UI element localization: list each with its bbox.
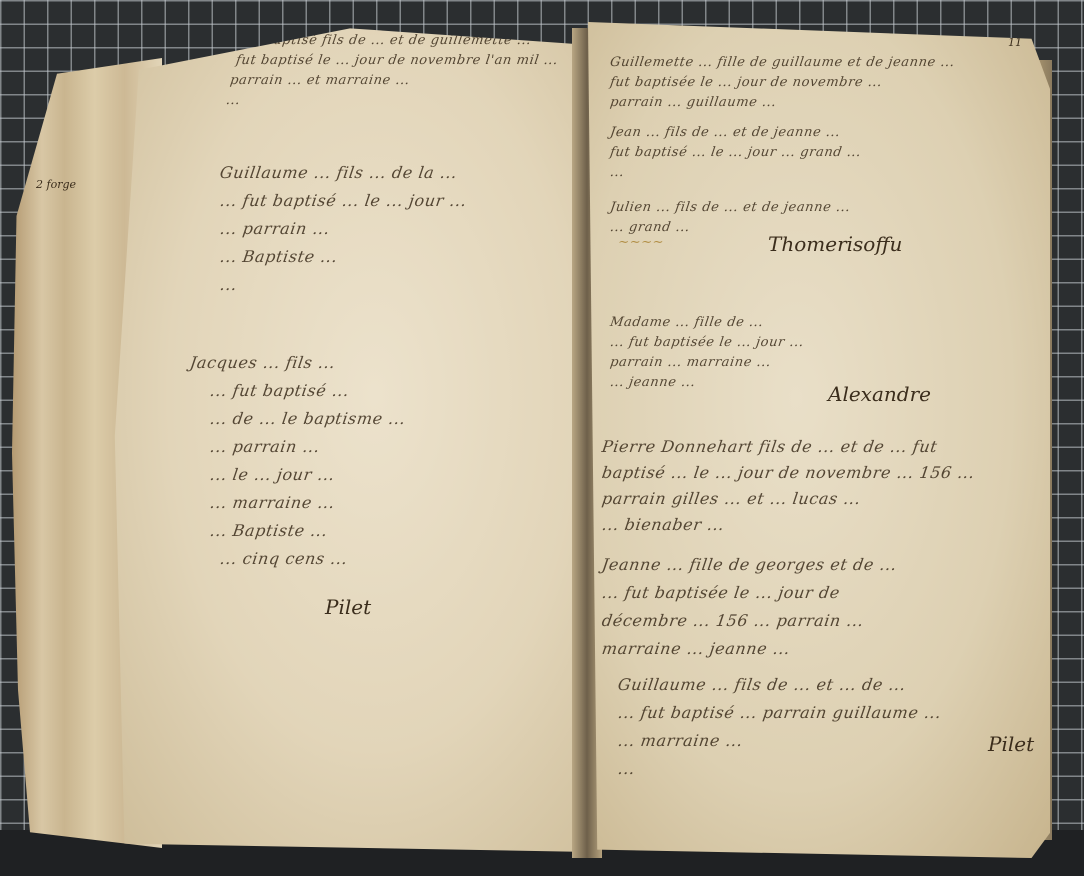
- entry-line: fut baptisé le ... jour de novembre l'an…: [234, 50, 559, 72]
- entry-line: Guillaume ... fils ... de la ...: [218, 160, 459, 186]
- entry-line: parrain ... marraine ...: [608, 352, 772, 374]
- entry-line: ... fut baptisé ...: [208, 378, 351, 404]
- entry-line: ... parrain ...: [208, 434, 321, 460]
- entry-line: Guillaume ... fils de ... et ... de ...: [616, 672, 907, 698]
- entry-line: ... cinq cens ...: [218, 546, 349, 572]
- entry-line: ... bienaber ...: [600, 512, 726, 538]
- entry-line: ... fut baptisée le ... jour ...: [608, 332, 805, 354]
- entry-line: ...: [616, 756, 637, 782]
- entry-line: Jeanne ... fille de georges et de ...: [600, 552, 898, 578]
- signature: Thomerisoffu: [768, 232, 902, 256]
- signature: Pilet: [988, 732, 1034, 756]
- entry-line: ...: [224, 90, 241, 112]
- entry-line: baptisé ... le ... jour de novembre ... …: [600, 460, 976, 486]
- entry-line: ... fut baptisée le ... jour de: [600, 580, 842, 606]
- entry-line: ... de ... le baptisme ...: [208, 406, 407, 432]
- entry-line: ... Baptiste ...: [208, 518, 329, 544]
- entry-line: marraine ... jeanne ...: [600, 636, 792, 662]
- entry-line: Guillemette ... fille de guillaume et de…: [608, 52, 956, 74]
- entry-line: ... marraine ...: [208, 490, 336, 516]
- entry-line: Jean ... fils de ... et de jeanne ...: [608, 122, 841, 144]
- entry-line: ...: [608, 162, 625, 184]
- entry-line: Jacques ... fils ...: [188, 350, 337, 376]
- entry-line: ... Baptiste ...: [218, 244, 339, 270]
- entry-line: Madame ... fille de ...: [608, 312, 764, 334]
- entry-line: décembre ... 156 ... parrain ...: [600, 608, 865, 634]
- entry-line: fut baptisé fils de ... et de guillemett…: [238, 30, 532, 52]
- entry-line: parrain gilles ... et ... lucas ...: [600, 486, 862, 512]
- entry-line: ... jeanne ...: [608, 372, 696, 394]
- left-page: fut baptisé fils de ... et de guillemett…: [110, 20, 590, 852]
- entry-line: fut baptisée le ... jour de novembre ...: [608, 72, 883, 94]
- entry-line: parrain ... guillaume ...: [608, 92, 777, 114]
- entry-line: Pierre Donnehart fils de ... et de ... f…: [600, 434, 939, 460]
- highlighted-note: ~~~~: [616, 232, 665, 254]
- entry-line: fut baptisé ... le ... jour ... grand ..…: [608, 142, 862, 164]
- entry-line: ... fut baptisé ... le ... jour ...: [218, 188, 468, 214]
- right-page: 11 Guillemette ... fille de guillaume et…: [588, 22, 1050, 858]
- folio-number: 11: [1008, 36, 1022, 49]
- margin-note: 2 forge: [36, 178, 76, 191]
- entry-line: ... fut baptisé ... parrain guillaume ..…: [616, 700, 943, 726]
- entry-line: Julien ... fils de ... et de jeanne ...: [608, 197, 851, 219]
- entry-line: ... marraine ...: [616, 728, 744, 754]
- entry-line: parrain ... et marraine ...: [228, 70, 411, 92]
- signature: Pilet: [325, 595, 371, 619]
- signature: Alexandre: [828, 382, 931, 406]
- entry-line: ... parrain ...: [218, 216, 331, 242]
- entry-line: ... le ... jour ...: [208, 462, 336, 488]
- entry-line: ...: [218, 272, 239, 298]
